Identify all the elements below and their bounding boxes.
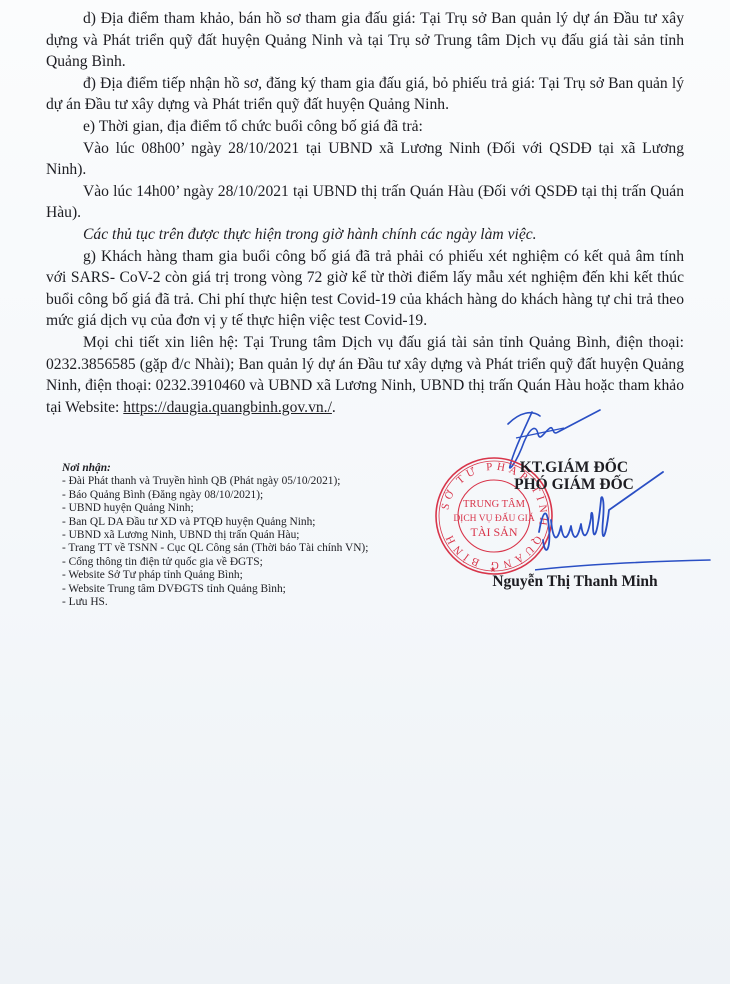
stamp-line-1: TRUNG TÂM — [463, 498, 526, 510]
recipient-item: - Báo Quảng Bình (Đăng ngày 08/10/2021); — [62, 489, 422, 502]
recipient-item: - Trang TT về TSNN - Cục QL Công sản (Th… — [62, 542, 422, 555]
recipient-item: - Lưu HS. — [62, 596, 422, 609]
paragraph-g-covid-requirement: g) Khách hàng tham gia buổi công bố giá … — [46, 246, 684, 332]
paragraph-dd-submission-location: đ) Địa điểm tiếp nhận hồ sơ, đăng ký tha… — [46, 73, 684, 116]
recipient-item: - UBND huyện Quảng Ninh; — [62, 502, 422, 515]
recipients-title: Nơi nhận: — [62, 462, 422, 475]
document-page: d) Địa điểm tham khảo, bán hồ sơ tham gi… — [0, 0, 730, 984]
website-link[interactable]: https://daugia.quangbinh.gov.vn./ — [123, 399, 332, 416]
stamp-line-2: DỊCH VỤ ĐẤU GIÁ — [453, 511, 535, 524]
document-body: d) Địa điểm tham khảo, bán hồ sơ tham gi… — [46, 8, 684, 418]
recipient-item: - Đài Phát thanh và Truyền hình QB (Phát… — [62, 475, 422, 488]
contact-text-end: . — [332, 399, 336, 416]
recipient-item: - UBND xã Lương Ninh, UBND thị trấn Quán… — [62, 529, 422, 542]
recipient-item: - Website Trung tâm DVĐGTS tỉnh Quảng Bì… — [62, 583, 422, 596]
paragraph-e-session-1: Vào lúc 08h00’ ngày 28/10/2021 tại UBND … — [46, 138, 684, 181]
recipient-item: - Cổng thông tin điện tử quốc gia về ĐGT… — [62, 556, 422, 569]
stamp-line-3: TÀI SẢN — [471, 525, 518, 539]
paragraph-e-time-location: e) Thời gian, địa điểm tổ chức buổi công… — [46, 116, 684, 138]
recipients-list: Nơi nhận: - Đài Phát thanh và Truyền hìn… — [62, 462, 422, 609]
recipient-item: - Website Sở Tư pháp tỉnh Quảng Bình; — [62, 569, 422, 582]
paragraph-e-session-2: Vào lúc 14h00’ ngày 28/10/2021 tại UBND … — [46, 181, 684, 224]
recipient-item: - Ban QL DA Đầu tư XD và PTQĐ huyện Quản… — [62, 516, 422, 529]
handwritten-signature-icon — [535, 470, 715, 590]
paragraph-d-reference-location: d) Địa điểm tham khảo, bán hồ sơ tham gi… — [46, 8, 684, 73]
paragraph-working-hours-note: Các thủ tục trên được thực hiện trong gi… — [46, 224, 684, 246]
